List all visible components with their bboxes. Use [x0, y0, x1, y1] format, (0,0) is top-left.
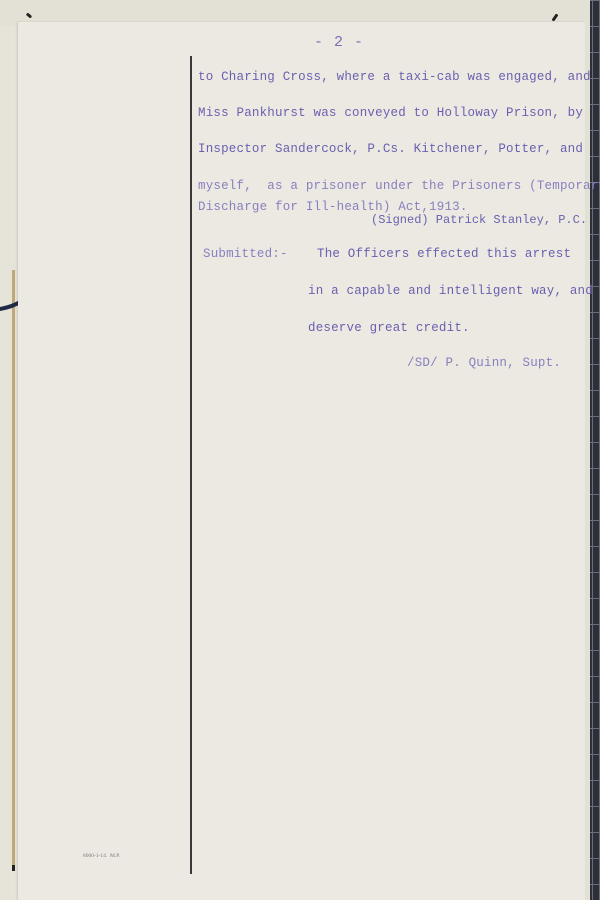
edge-mark	[12, 865, 15, 871]
underlying-page-edge	[0, 26, 19, 900]
submitted-label: Submitted:-	[203, 247, 288, 261]
page-number: - 2 -	[314, 34, 364, 51]
submitted-line: The Officers effected this arrest	[317, 247, 571, 261]
officer-signature: (Signed) Patrick Stanley, P.C.	[371, 213, 587, 227]
form-code: 8000-1-14. M.P.	[83, 853, 120, 859]
superintendent-signature: /SD/ P. Quinn, Supt.	[407, 356, 561, 370]
submitted-line: in a capable and intelligent way, and	[308, 284, 593, 298]
submitted-line: deserve great credit.	[308, 321, 470, 335]
body-line: myself, as a prisoner under the Prisoner…	[198, 179, 600, 193]
document-page: - 2 - to Charing Cross, where a taxi-cab…	[18, 22, 585, 900]
body-line: to Charing Cross, where a taxi-cab was e…	[198, 70, 591, 84]
body-line: Miss Pankhurst was conveyed to Holloway …	[198, 106, 583, 120]
binding-fold-line	[12, 270, 15, 870]
body-line: Inspector Sandercock, P.Cs. Kitchener, P…	[198, 142, 583, 156]
margin-rule	[190, 56, 192, 874]
body-line: Discharge for Ill-health) Act,1913.	[198, 200, 468, 214]
